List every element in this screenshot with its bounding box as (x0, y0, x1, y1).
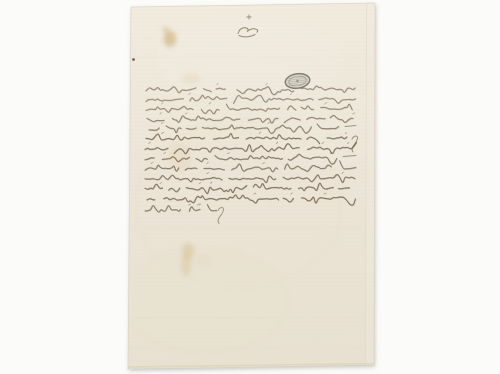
photograph-of-manuscript (0, 0, 500, 374)
stain (182, 74, 200, 84)
paper-mottle (255, 80, 385, 170)
manuscript-page (120, 3, 385, 369)
ink-dot (132, 58, 135, 61)
stain (181, 254, 191, 276)
paper-content (120, 3, 385, 369)
stain (194, 255, 212, 267)
stain (164, 31, 176, 47)
manuscript-svg (0, 0, 500, 374)
conjugate-leaf-edge (366, 3, 376, 365)
